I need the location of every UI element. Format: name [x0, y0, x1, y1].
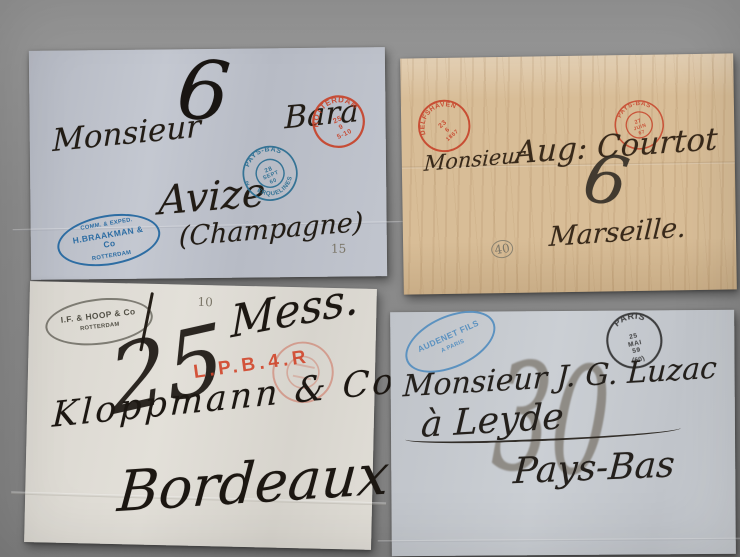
cover-top-right: DELFSHAVEN 23 6 1867 PAYS-BAS 27 JUIN 67…	[400, 53, 737, 294]
svg-text:9: 9	[338, 123, 345, 131]
pencil-collector-note: 15	[331, 242, 346, 256]
salutation: Monsieur	[423, 145, 525, 175]
svg-text:59: 59	[632, 346, 642, 355]
svg-text:DELFSHAVEN: DELFSHAVEN	[410, 92, 460, 139]
svg-text:PARIS: PARIS	[610, 308, 648, 330]
svg-text:PAYS-BAS: PAYS-BAS	[613, 95, 654, 120]
oval-middle-text: H.BRAAKMAN & Co	[66, 224, 152, 255]
svg-text:PAYS-BAS: PAYS-BAS	[240, 140, 284, 170]
braakman-sender-oval-stamp: COMM. & EXPED. H.BRAAKMAN & Co ROTTERDAM	[53, 207, 164, 274]
rotterdam-datestamp-icon: ROTTERDAM 25 9 5-10	[301, 84, 376, 159]
salutation-flourish: Mess.	[230, 277, 359, 346]
destination-town: Marseille.	[548, 215, 686, 251]
pencil-circled-note: 40	[490, 238, 515, 259]
destination-town: Bordeaux	[116, 447, 391, 521]
cover-bottom-right: AUDENET FILS A PARIS PARIS (60) 25 MAI 5…	[390, 310, 736, 556]
cover-top-left: 6 Monsieur Bara Avize (Champagne) ROTTER…	[29, 47, 387, 280]
svg-text:6: 6	[444, 126, 452, 134]
svg-text:5-10: 5-10	[336, 128, 353, 141]
photo-of-four-postal-covers: 6 Monsieur Bara Avize (Champagne) ROTTER…	[0, 0, 740, 557]
svg-text:ROTTERDAM: ROTTERDAM	[303, 86, 362, 131]
destination-country: Pays-Bas	[512, 447, 676, 490]
cover-bottom-left: I.F. & HOOP & Co ROTTERDAM 10 Mess. 25 L…	[24, 281, 377, 550]
